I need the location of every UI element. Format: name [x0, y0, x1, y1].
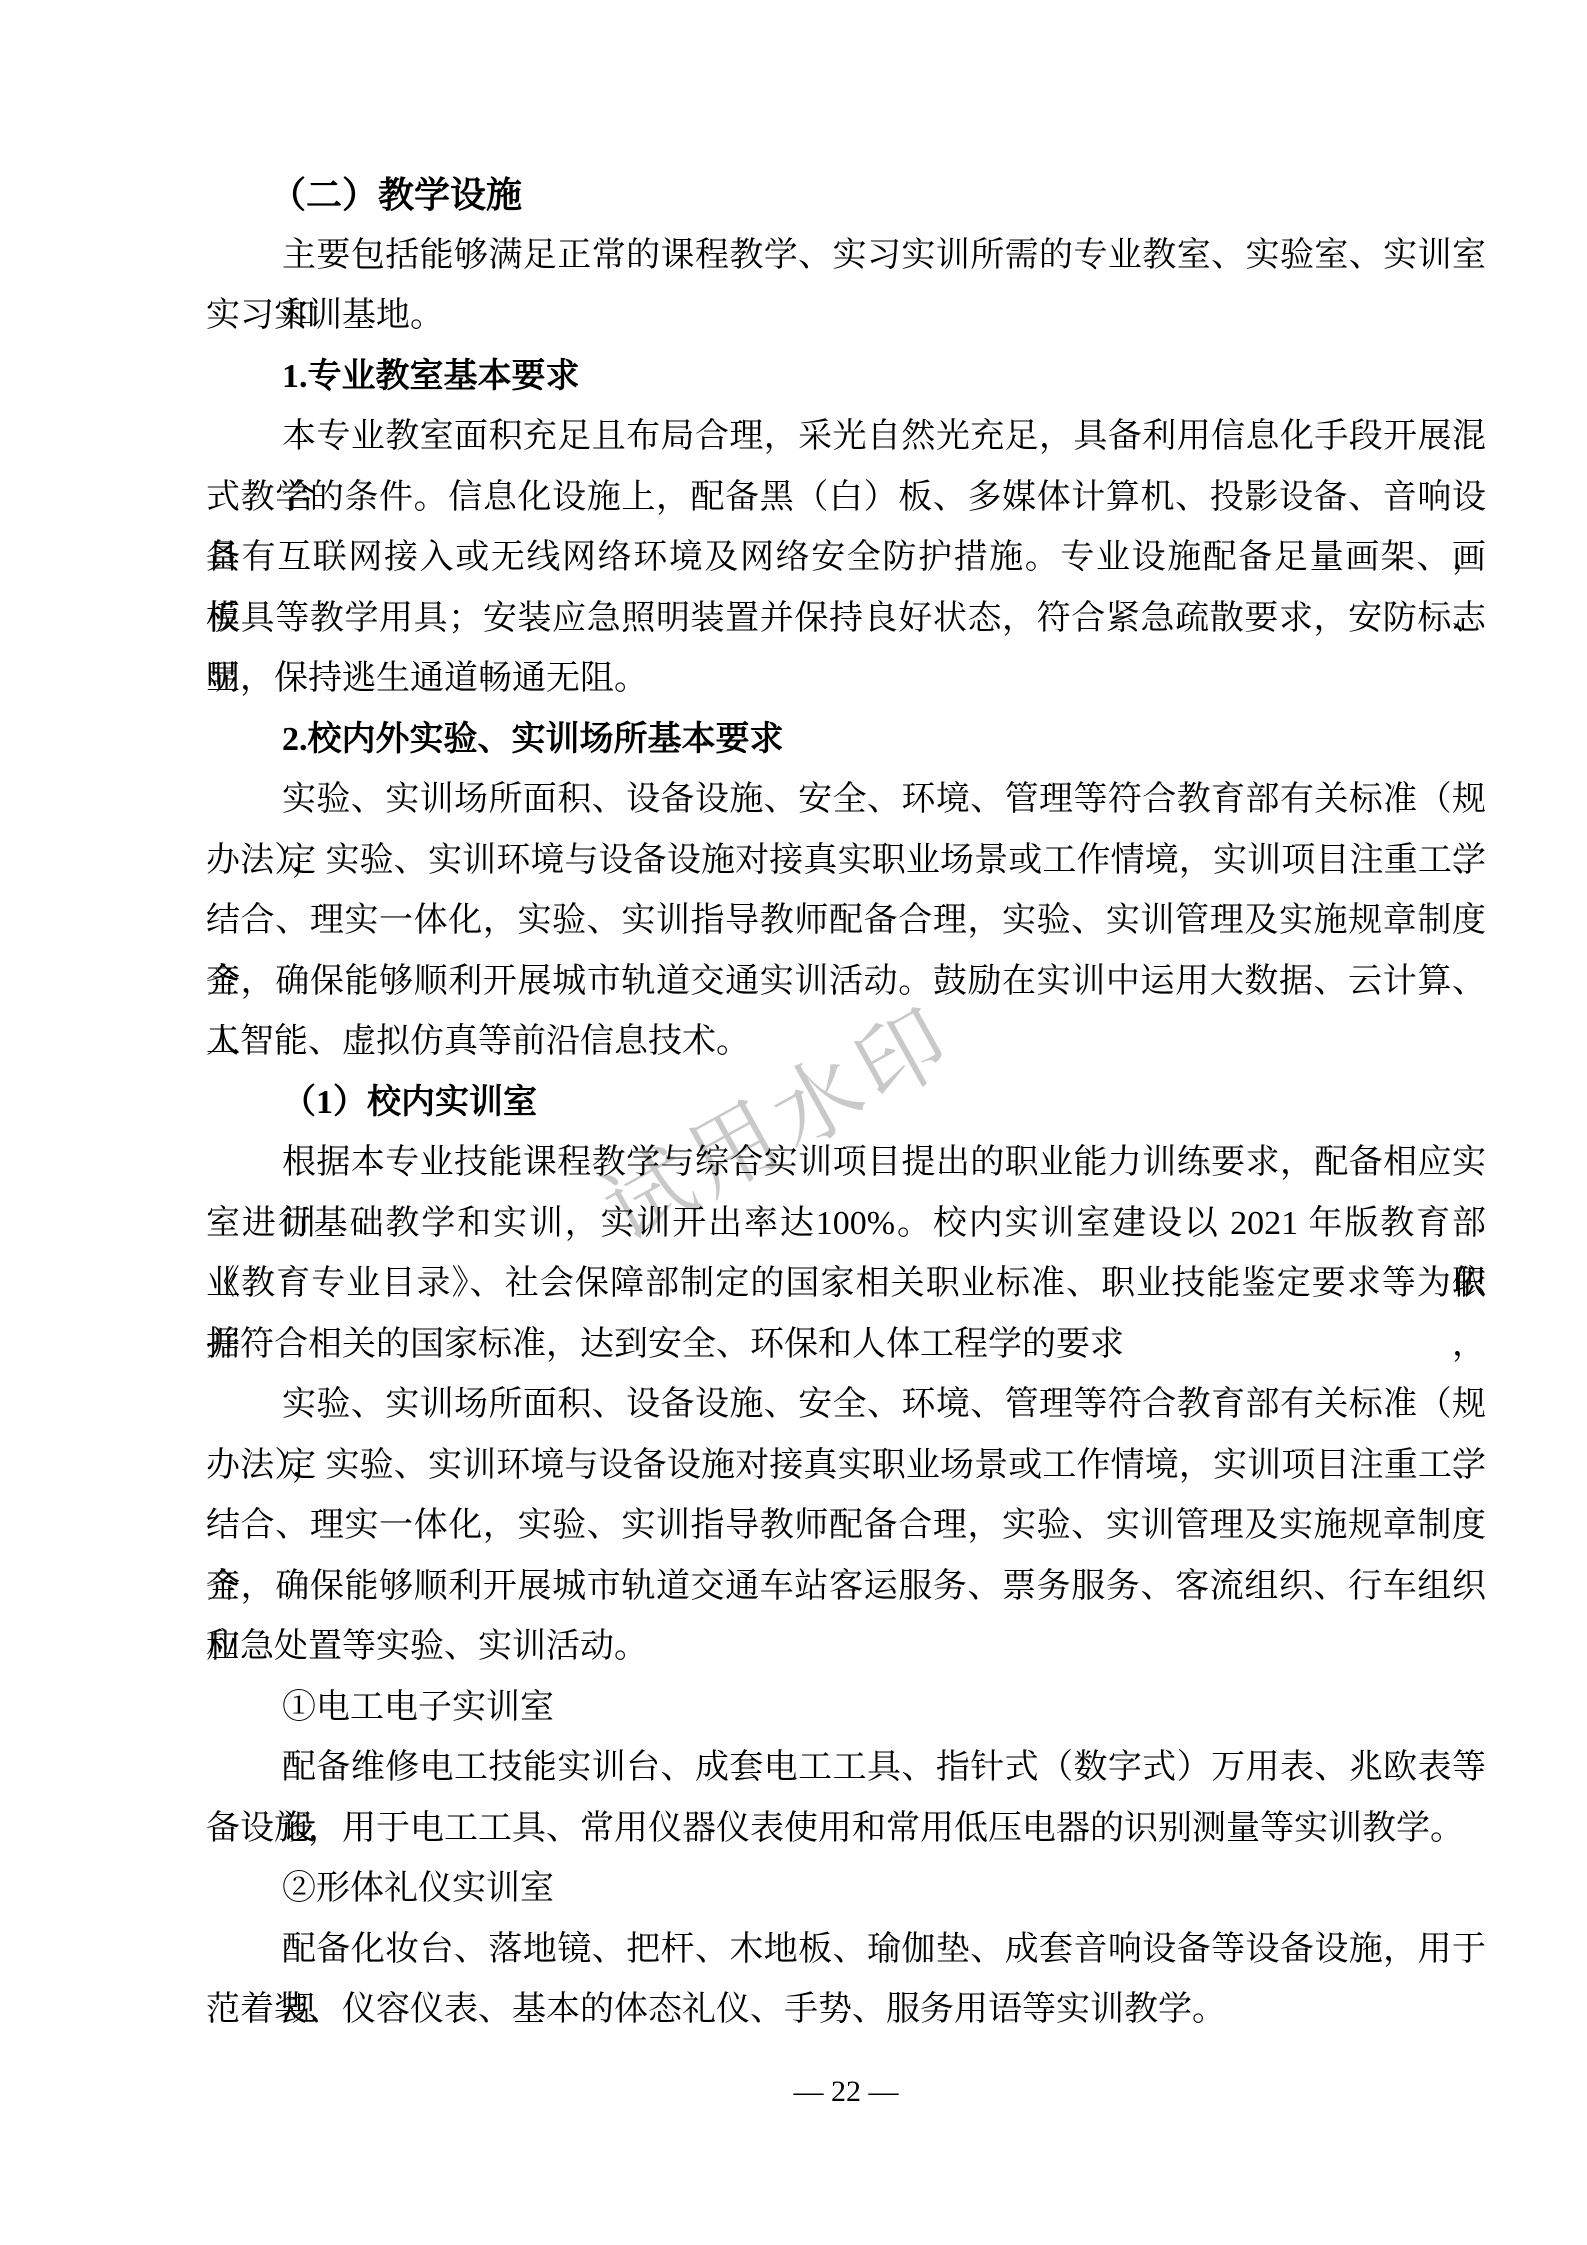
- doc-text-line: 办法），实验、实训环境与设备设施对接真实职业场景或工作情境，实训项目注重工学: [206, 831, 1486, 892]
- item-etiquette-lab: ②形体礼仪实训室: [206, 1859, 1486, 1920]
- doc-text-line: 办法），实验、实训环境与设备设施对接真实职业场景或工作情境，实训项目注重工学: [206, 1436, 1486, 1497]
- doc-text-line: 工智能、虚拟仿真等前沿信息技术。: [206, 1012, 1486, 1073]
- doc-text-line: 室进行基础教学和实训，实训开出率达100%。校内实训室建设以 2021 年版教育…: [206, 1194, 1486, 1255]
- doc-text-line: 根据本专业技能课程教学与综合实训项目提出的职业能力训练要求，配备相应实训: [206, 1133, 1486, 1194]
- subheading-training-site-requirements: 2.校内外实验、实训场所基本要求: [206, 710, 1486, 771]
- doc-text-line: 结合、理实一体化，实验、实训指导教师配备合理，实验、实训管理及实施规章制度齐: [206, 1496, 1486, 1557]
- document-body: （二）教学设施 主要包括能够满足正常的课程教学、实习实训所需的专业教室、实验室、…: [206, 165, 1486, 2041]
- doc-text-line: 全，确保能够顺利开展城市轨道交通车站客运服务、票务服务、客流组织、行车组织和: [206, 1557, 1486, 1618]
- doc-text-line: 结合、理实一体化，实验、实训指导教师配备合理，实验、实训管理及实施规章制度齐: [206, 891, 1486, 952]
- doc-text-line: 备设施，用于电工工具、常用仪器仪表使用和常用低压电器的识别测量等实训教学。: [206, 1799, 1486, 1860]
- doc-text-line: 全，确保能够顺利开展城市轨道交通实训活动。鼓励在实训中运用大数据、云计算、人: [206, 952, 1486, 1013]
- doc-text-line: 实习实训基地。: [206, 286, 1486, 347]
- doc-text-line: 配备维修电工技能实训台、成套电工工具、指针式（数字式）万用表、兆欧表等设: [206, 1738, 1486, 1799]
- doc-text-line: 本专业教室面积充足且布局合理，采光自然光充足，具备利用信息化手段开展混合: [206, 407, 1486, 468]
- section-heading-teaching-facilities: （二）教学设施: [206, 165, 1486, 226]
- doc-text-line: 业教育专业目录》、社会保障部制定的国家相关职业标准、职业技能鉴定要求等为依据，: [206, 1254, 1486, 1315]
- doc-text-line: 模具等教学用具；安装应急照明装置并保持良好状态，符合紧急疏散要求，安防标志明: [206, 589, 1486, 650]
- subheading-classroom-requirements: 1.专业教室基本要求: [206, 347, 1486, 408]
- subheading-campus-training-rooms: （1）校内实训室: [206, 1073, 1486, 1134]
- doc-text-line: 应急处置等实验、实训活动。: [206, 1617, 1486, 1678]
- doc-text-line: 主要包括能够满足正常的课程教学、实习实训所需的专业教室、实验室、实训室和: [206, 226, 1486, 287]
- doc-text-line: 式教学的条件。信息化设施上，配备黑（白）板、多媒体计算机、投影设备、音响设备，: [206, 468, 1486, 529]
- doc-text-line: 配备化妆台、落地镜、把杆、木地板、瑜伽垫、成套音响设备等设备设施，用于规: [206, 1920, 1486, 1981]
- doc-text-line: 具有互联网接入或无线网络环境及网络安全防护措施。专业设施配备足量画架、画板、: [206, 528, 1486, 589]
- document-page: 试用水印 （二）教学设施 主要包括能够满足正常的课程教学、实习实训所需的专业教室…: [0, 0, 1587, 2245]
- doc-text-line: 实验、实训场所面积、设备设施、安全、环境、管理等符合教育部有关标准（规定、: [206, 1375, 1486, 1436]
- doc-text-line: 范着装、仪容仪表、基本的体态礼仪、手势、服务用语等实训教学。: [206, 1980, 1486, 2041]
- item-electrician-lab: ①电工电子实训室: [206, 1678, 1486, 1739]
- doc-text-line: 实验、实训场所面积、设备设施、安全、环境、管理等符合教育部有关标准（规定、: [206, 770, 1486, 831]
- doc-text-line: 显，保持逃生通道畅通无阻。: [206, 649, 1486, 710]
- page-number: — 22 —: [206, 2072, 1486, 2112]
